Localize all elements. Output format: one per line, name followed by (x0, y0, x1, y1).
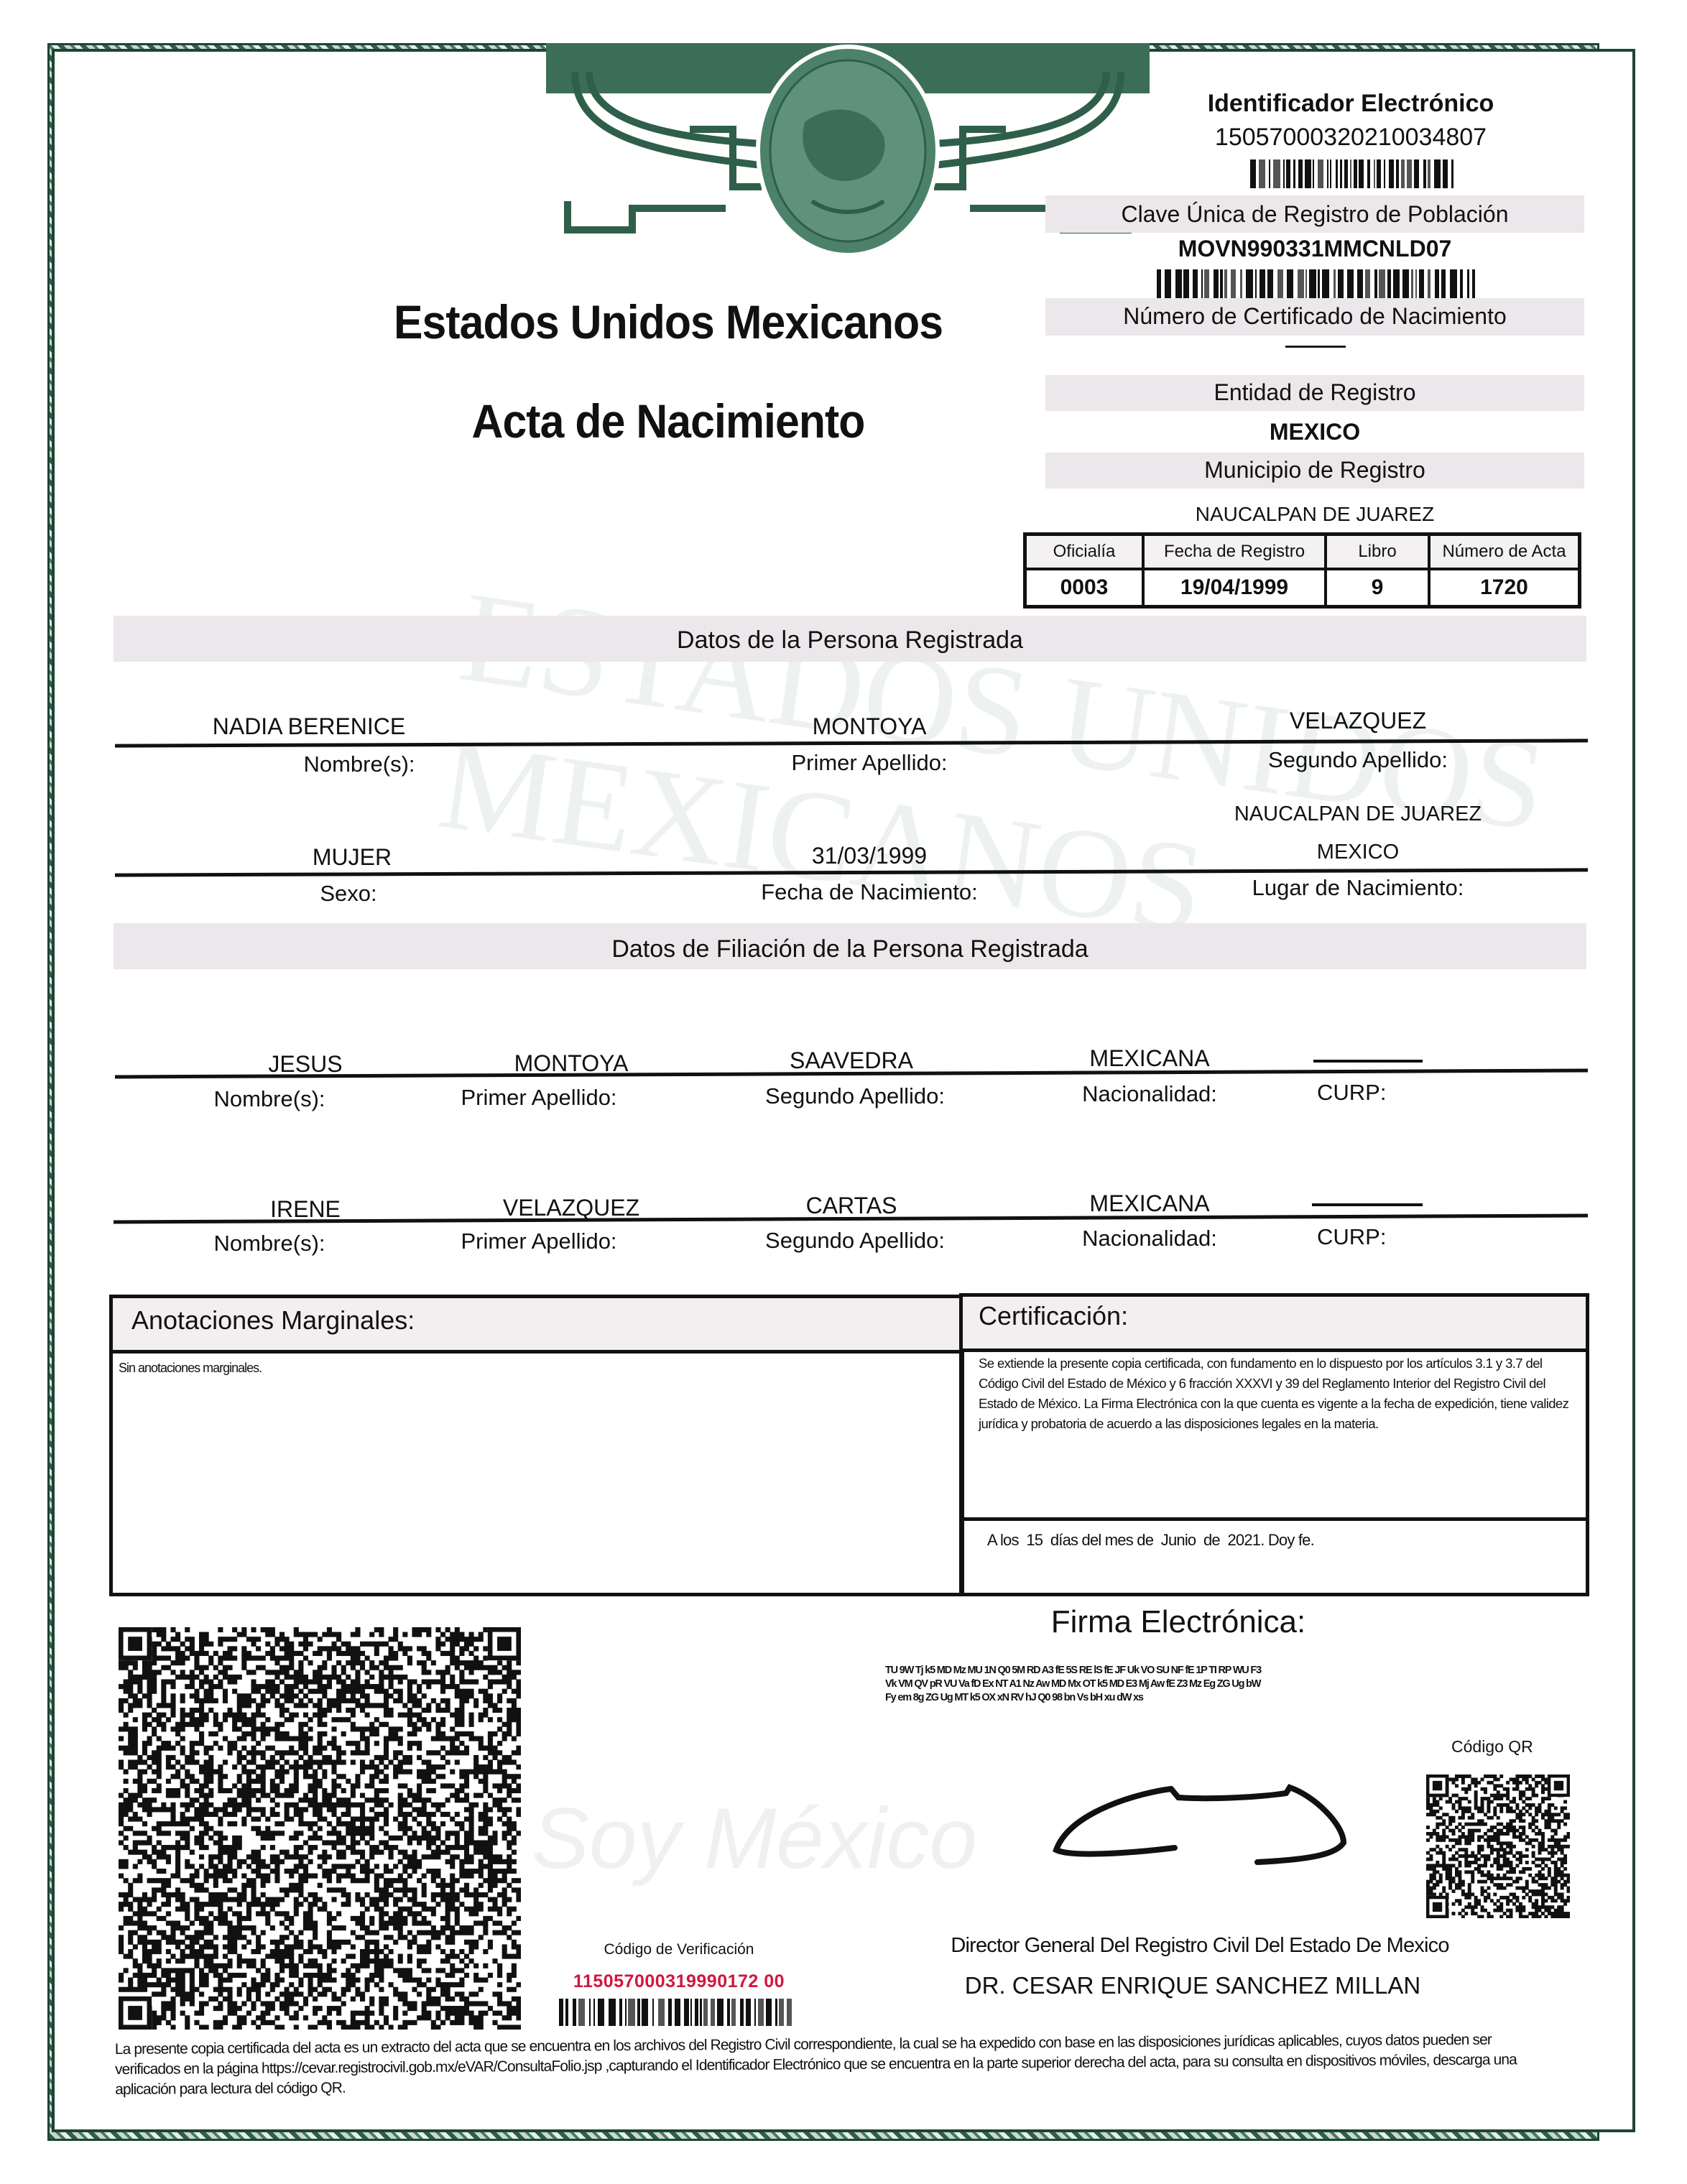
header-fecha-registro: Fecha de Registro (1143, 535, 1326, 570)
director-title: Director General Del Registro Civil Del … (905, 1934, 1494, 1958)
father-first-surname-label: Primer Apellido: (395, 1085, 683, 1111)
verification-barcode (559, 1999, 796, 2026)
director-name: DR. CESAR ENRIQUE SANCHEZ MILLAN (927, 1972, 1459, 1999)
father-curp-blank (1313, 1060, 1423, 1063)
father-curp-label: CURP: (1317, 1080, 1461, 1106)
father-nationality: MEXICANA (1006, 1045, 1293, 1072)
mother-first-surname-label: Primer Apellido: (395, 1228, 683, 1254)
header-oficialia: Oficialía (1025, 535, 1144, 570)
small-qr-code (1426, 1774, 1570, 1918)
annotations-header: Anotaciones Marginales: (113, 1298, 961, 1354)
footer-legal-text: La presente copia certificada del acta e… (115, 2030, 1560, 2100)
birth-date-label: Fecha de Nacimiento: (690, 879, 1049, 905)
header-numero-acta: Número de Acta (1429, 535, 1580, 570)
registry-table: Oficialía Fecha de Registro Libro Número… (1023, 532, 1581, 609)
annotations-title: Anotaciones Marginales: (113, 1298, 961, 1336)
birth-cert-label: Número de Certificado de Nacimiento (1045, 303, 1584, 330)
soy-mexico-watermark: Soy México (532, 1789, 977, 1888)
header-libro: Libro (1326, 535, 1429, 570)
verification-label: Código de Verificación (535, 1941, 823, 1958)
entity-value: MEXICO (1045, 419, 1584, 445)
father-nationality-label: Nacionalidad: (1006, 1081, 1293, 1107)
electronic-id-label: Identificador Electrónico (1164, 90, 1538, 118)
first-surname-value: MONTOYA (690, 713, 1049, 740)
birth-place-line2: MEXICO (1178, 841, 1538, 864)
given-names-value: NADIA BERENICE (129, 713, 489, 740)
mother-curp-blank (1312, 1203, 1423, 1206)
value-oficialia: 0003 (1025, 569, 1144, 607)
mother-second-surname-label: Segundo Apellido: (711, 1228, 999, 1254)
given-names-label: Nombre(s): (180, 751, 539, 777)
father-second-surname: SAAVEDRA (708, 1047, 995, 1074)
municipality-label: Municipio de Registro (1045, 457, 1584, 483)
electronic-id-barcode (1250, 159, 1459, 188)
birth-place-line1: NAUCALPAN DE JUAREZ (1178, 802, 1538, 826)
signature-hash: TU 9W Tj k5 MD Mz MU 1N Q0 5M RD A3 fE 5… (885, 1664, 1532, 1705)
certification-title: Certificación: (963, 1297, 1586, 1331)
registry-table-value-row: 0003 19/04/1999 9 1720 (1025, 569, 1580, 607)
first-surname-label: Primer Apellido: (690, 750, 1049, 776)
electronic-id-value: 15057000320210034807 (1164, 124, 1538, 152)
mother-nationality-label: Nacionalidad: (1006, 1226, 1293, 1251)
value-numero-acta: 1720 (1429, 569, 1580, 607)
value-libro: 9 (1326, 569, 1429, 607)
annotations-box: Anotaciones Marginales: Sin anotaciones … (109, 1295, 964, 1596)
hash-line: Fy em 8g ZG Ug MT k5 OX xN RV hJ Q0 98 b… (885, 1691, 1532, 1705)
sex-value: MUJER (172, 844, 532, 871)
sex-label: Sexo: (169, 881, 528, 907)
certification-box: Certificación: Se extiende la presente c… (959, 1293, 1589, 1596)
mother-curp-label: CURP: (1317, 1224, 1461, 1250)
handwritten-signature (1042, 1767, 1365, 1868)
birth-date-value: 31/03/1999 (690, 843, 1049, 869)
curp-value: MOVN990331MMCNLD07 (1045, 236, 1584, 262)
registered-person-title: Datos de la Persona Registrada (114, 626, 1586, 654)
second-surname-label: Segundo Apellido: (1178, 747, 1538, 773)
annotations-text: Sin anotaciones marginales. (113, 1354, 961, 1383)
verification-code: 115057000319990172 00 (535, 1971, 823, 1992)
value-fecha-registro: 19/04/1999 (1143, 569, 1326, 607)
registry-table-header-row: Oficialía Fecha de Registro Libro Número… (1025, 535, 1580, 570)
certification-text: Se extiende la presente copia certificad… (963, 1352, 1586, 1517)
signature-title: Firma Electrónica: (970, 1604, 1387, 1640)
mother-second-surname: CARTAS (708, 1193, 995, 1219)
certification-date: A los 15 días del mes de Junio de 2021. … (963, 1517, 1586, 1550)
hash-line: Vk VM QV pR VU Va fD Ex NT A1 Nz Aw MD M… (885, 1678, 1532, 1691)
filiation-title: Datos de Filiación de la Persona Registr… (114, 935, 1586, 963)
curp-barcode (1157, 269, 1480, 298)
country-title: Estados Unidos Mexicanos (371, 295, 966, 349)
entity-label: Entidad de Registro (1045, 379, 1584, 406)
certification-header: Certificación: (963, 1297, 1586, 1352)
father-second-surname-label: Segundo Apellido: (711, 1083, 999, 1109)
father-given-names-label: Nombre(s): (126, 1086, 413, 1112)
curp-label: Clave Única de Registro de Población (1045, 201, 1584, 228)
municipality-value: NAUCALPAN DE JUAREZ (1045, 503, 1584, 526)
mother-nationality: MEXICANA (1006, 1190, 1293, 1217)
birth-cert-value: -------------- (1045, 336, 1584, 356)
hash-line: TU 9W Tj k5 MD Mz MU 1N Q0 5M RD A3 fE 5… (885, 1664, 1532, 1678)
document-title: Acta de Nacimiento (371, 394, 966, 448)
mother-given-names-label: Nombre(s): (126, 1231, 413, 1257)
second-surname-value: VELAZQUEZ (1178, 708, 1538, 734)
qr-label: Código QR (1451, 1737, 1538, 1757)
birth-place-label: Lugar de Nacimiento: (1178, 875, 1538, 901)
large-qr-code (119, 1627, 521, 2030)
